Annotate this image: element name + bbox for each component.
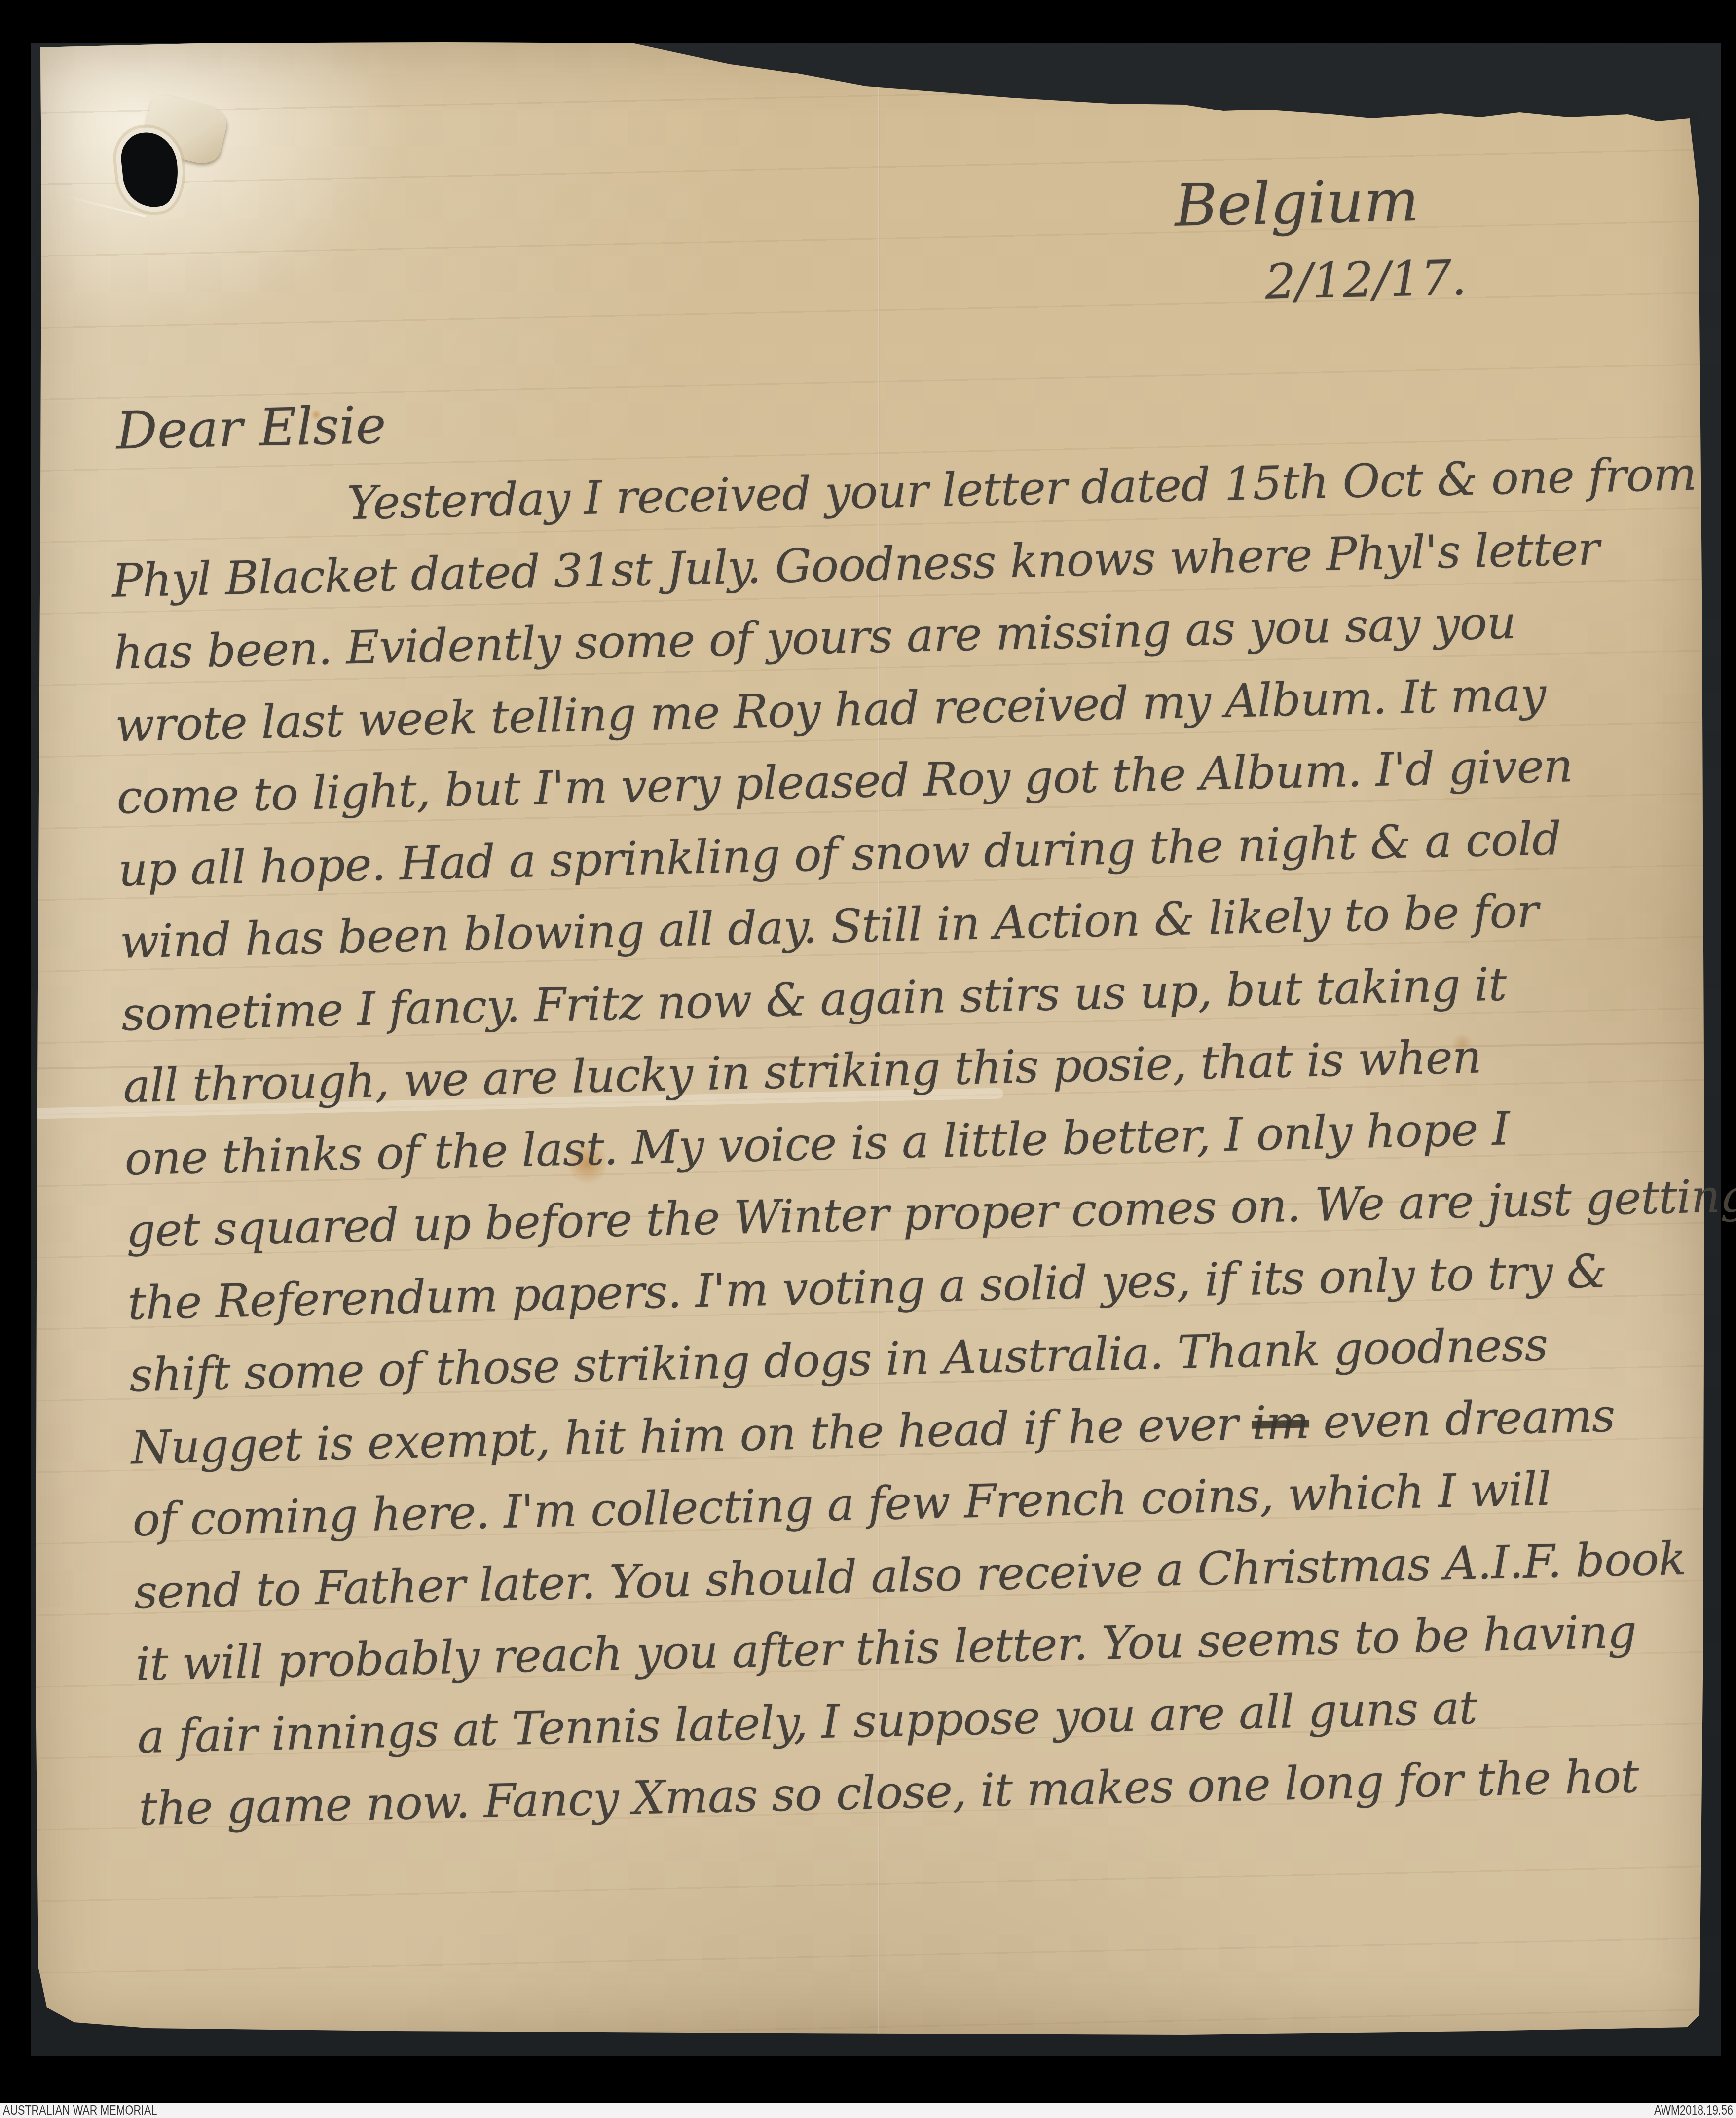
- letter-body: Yesterday I received your letter dated 1…: [110, 447, 1708, 1854]
- letter-date: 2/12/17.: [1264, 250, 1467, 311]
- scan-background: Belgium 2/12/17. Dear Elsie Yesterday I …: [0, 0, 1736, 2118]
- handwritten-letter: Belgium 2/12/17. Dear Elsie Yesterday I …: [104, 161, 1711, 1971]
- archive-name-label: AUSTRALIAN WAR MEMORIAL: [3, 2103, 157, 2118]
- letter-salutation: Dear Elsie: [115, 395, 387, 461]
- archive-watermark-bar: AUSTRALIAN WAR MEMORIAL AWM2018.19.56: [0, 2103, 1736, 2118]
- archive-accession-number: AWM2018.19.56: [1654, 2103, 1733, 2118]
- letter-place: Belgium: [1174, 166, 1419, 240]
